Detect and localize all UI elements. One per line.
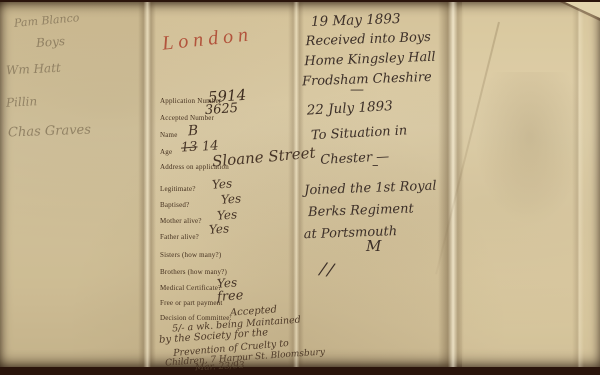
admission-form-panel: London Application Number 5914 Accepted …	[148, 2, 298, 367]
note-line: To Situation in	[310, 118, 407, 148]
field-label-legitimate: Legitimate?	[160, 185, 196, 193]
form-heading-london: London	[161, 23, 254, 55]
field-label-brothers: Brothers (how many?)	[160, 268, 227, 276]
field-value-father-alive: Yes	[209, 221, 230, 236]
pencil-notes-panel: Pam Blanco Boys Wm Hatt Pillin Chas Grav…	[0, 2, 148, 367]
field-label-sisters: Sisters (how many?)	[160, 251, 221, 259]
paper-sheet: Pam Blanco Boys Wm Hatt Pillin Chas Grav…	[0, 2, 600, 367]
pencil-note: Pam Blanco	[14, 11, 80, 30]
ink-notes-panel: 19 May 1893 Received into Boys Home King…	[298, 2, 462, 367]
note-line: Frodsham Cheshire	[302, 68, 437, 93]
note-entry-received: 19 May 1893 Received into Boys Home King…	[303, 8, 437, 93]
pencil-note: Chas Graves	[8, 123, 91, 141]
field-value-legitimate: Yes	[212, 176, 233, 191]
field-label-baptised: Baptised?	[160, 201, 189, 209]
pencil-note: Boys	[36, 34, 66, 50]
field-label-payment: Free or part payment	[160, 299, 223, 307]
note-line: Chester —	[320, 143, 409, 173]
note-divider: –	[372, 158, 379, 173]
field-label-father-alive: Father alive?	[160, 233, 199, 241]
note-initials: M	[366, 237, 381, 255]
blank-panel	[462, 2, 600, 367]
field-label-medical-certificate: Medical Certificate?	[160, 284, 221, 292]
pencil-note: Pillin	[6, 94, 38, 110]
pencil-note: Wm Hatt	[6, 61, 61, 78]
document-photo: Pam Blanco Boys Wm Hatt Pillin Chas Grav…	[0, 0, 600, 375]
flourish-mark: //	[319, 259, 337, 281]
field-label-age: Age	[160, 148, 172, 156]
field-value-payment: free	[217, 288, 244, 305]
field-label-name: Name	[160, 131, 178, 139]
field-value-accepted-number: 3625	[205, 101, 239, 118]
field-value-name: B	[187, 123, 198, 140]
field-value-age-struck: 13	[180, 139, 198, 155]
note-entry-situation: 22 July 1893 To Situation in Chester —	[304, 93, 409, 173]
field-label-mother-alive: Mother alive?	[160, 217, 202, 225]
note-line: Joined the 1st Royal	[304, 176, 437, 203]
field-value-baptised: Yes	[221, 191, 242, 206]
note-entry-regiment: Joined the 1st Royal Berks Regiment at P…	[300, 176, 439, 247]
decision-line: Mar. 23/93	[195, 361, 245, 374]
